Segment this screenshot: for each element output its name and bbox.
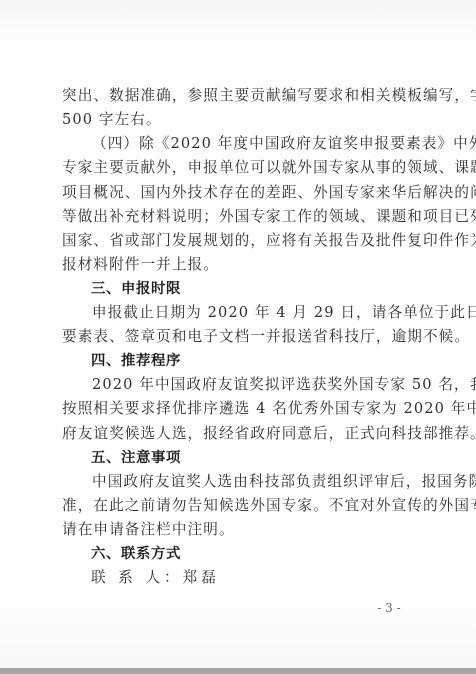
paragraph-line: 2020 年中国政府友谊奖拟评选获奖外国专家 50 名，我厅将: [92, 373, 414, 397]
paragraph-line: 中国政府友谊奖人选由科技部负责组织评审后，报国务院批: [92, 470, 414, 494]
viewer-bottom-bar: [0, 668, 476, 674]
paragraph-line: 国家、省或部门发展规划的，应将有关报告及批件复印件作为申: [62, 229, 414, 253]
section-heading-contact: 六、联系方式: [91, 542, 181, 566]
page-number: - 3 -: [372, 599, 406, 617]
paragraph-line: 突出、数据准确，参照主要贡献编写要求和相关模板编写，字数: [62, 84, 414, 108]
document-page: 突出、数据准确，参照主要贡献编写要求和相关模板编写，字数 500 字左右。 （四…: [0, 0, 476, 668]
section-heading-deadline: 三、申报时限: [91, 277, 181, 301]
paragraph-line: 要素表、签章页和电子文档一并报送省科技厅，逾期不候。: [62, 325, 414, 349]
paragraph-line: （四）除《2020 年度中国政府友谊奖申报要素表》中外国: [92, 132, 414, 156]
contact-person-line: 联 系 人：郑磊: [91, 566, 220, 590]
paragraph-line: 专家主要贡献外，申报单位可以就外国专家从事的领域、课题、: [62, 156, 414, 180]
paragraph-line: 等做出补充材料说明；外国专家工作的领域、课题和项目已列入: [62, 205, 414, 229]
paragraph-line: 请在申请备注栏中注明。: [62, 518, 414, 542]
section-heading-procedure: 四、推荐程序: [91, 349, 181, 373]
paragraph-line: 按照相关要求择优排序遴选 4 名优秀外国专家为 2020 年中国政: [62, 397, 414, 421]
paragraph-line: 申报截止日期为 2020 年 4 月 29 日，请各单位于此日期前将: [92, 301, 414, 325]
paragraph-line: 项目概况、国内外技术存在的差距、外国专家来华后解决的问题: [62, 181, 414, 205]
paragraph-line: 500 字左右。: [62, 108, 414, 132]
section-heading-notes: 五、注意事项: [91, 446, 181, 470]
paragraph-line: 准，在此之前请勿告知候选外国专家。不宜对外宣传的外国专家，: [62, 494, 414, 518]
paragraph-line: 报材料附件一并上报。: [62, 253, 414, 277]
paragraph-line: 府友谊奖候选人选，报经省政府同意后，正式向科技部推荐。: [62, 422, 414, 446]
